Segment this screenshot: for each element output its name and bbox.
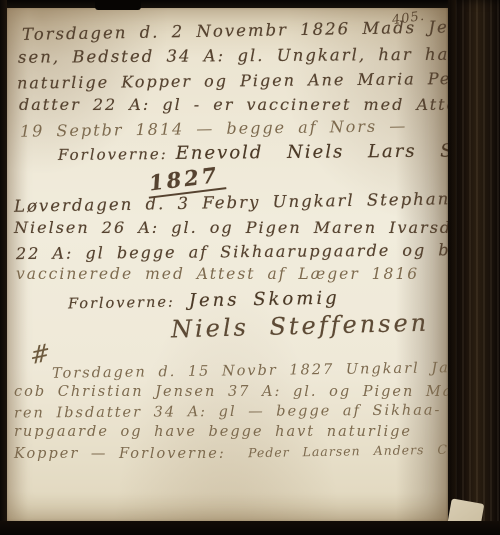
entry-nov1827-line-1: Torsdagen d. 15 Novbr 1827 Ungkarl Ja- [52,360,457,382]
witnesses-names: Jens Skomig [189,288,340,312]
entry-nov1827-line-3: ren Ibsdatter 34 A: gl — begge af Sikhaa… [14,403,442,422]
entry1826-line-5: 19 Septbr 1814 — begge af Nors — [20,116,408,140]
scan-border-top [0,0,500,8]
scan-border-bottom [0,521,500,535]
entry-feb1827-witnesses-line: Forloverne:Jens Skomig [68,288,340,314]
entry-feb1827-line-4: vaccinerede med Attest af Læger 1816 [16,265,419,283]
entry1826-line-3: naturlige Kopper og Pigen Ane Maria Pede… [17,68,500,92]
entry-feb1827-line-3: 22 A: gl begge af Sikhaarupgaarde og beg… [16,240,498,263]
signature-niels-steffensen: Niels Steffensen [171,309,430,344]
entry1826-line-4: datter 22 A: gl - er vaccineret med Atte… [19,95,477,114]
entry-mark: # [30,337,52,370]
entry1826-line-1: Torsdagen d. 2 Novembr 1826 Mads Jen- [22,17,469,44]
entry1826-witnesses-line: Forloverne:Enevold Niels Lars Smed [58,140,500,165]
entry-nov1827-line-2: cob Christian Jensen 37 A: gl. og Pigen … [14,384,460,400]
entry1826-line-2: sen, Bedsted 34 A: gl. Ungkarl, har havt… [18,44,500,66]
manuscript-page: 405. Torsdagen d. 2 Novembr 1826 Mads Je… [6,7,449,522]
entry-nov1827-line-4: rupgaarde og have begge havt naturlige [14,424,412,440]
witnesses-label: Forloverne: [58,145,168,164]
witnesses-label: Forloverne: [68,295,175,313]
binding-crease-shadow [446,0,456,535]
scan-border-left [0,0,7,535]
entry-nov1827-line-5: Kopper — Forloverne: [14,446,226,462]
parish-register-scan: 405. Torsdagen d. 2 Novembr 1826 Mads Je… [0,0,500,535]
entry-feb1827-line-1: Løverdagen d. 3 Febry Ungkarl Stephan [14,189,451,216]
scan-border-mark [95,0,141,10]
entry-feb1827-line-2: Nielsen 26 A: gl. og Pigen Maren Ivarsda… [14,218,500,237]
